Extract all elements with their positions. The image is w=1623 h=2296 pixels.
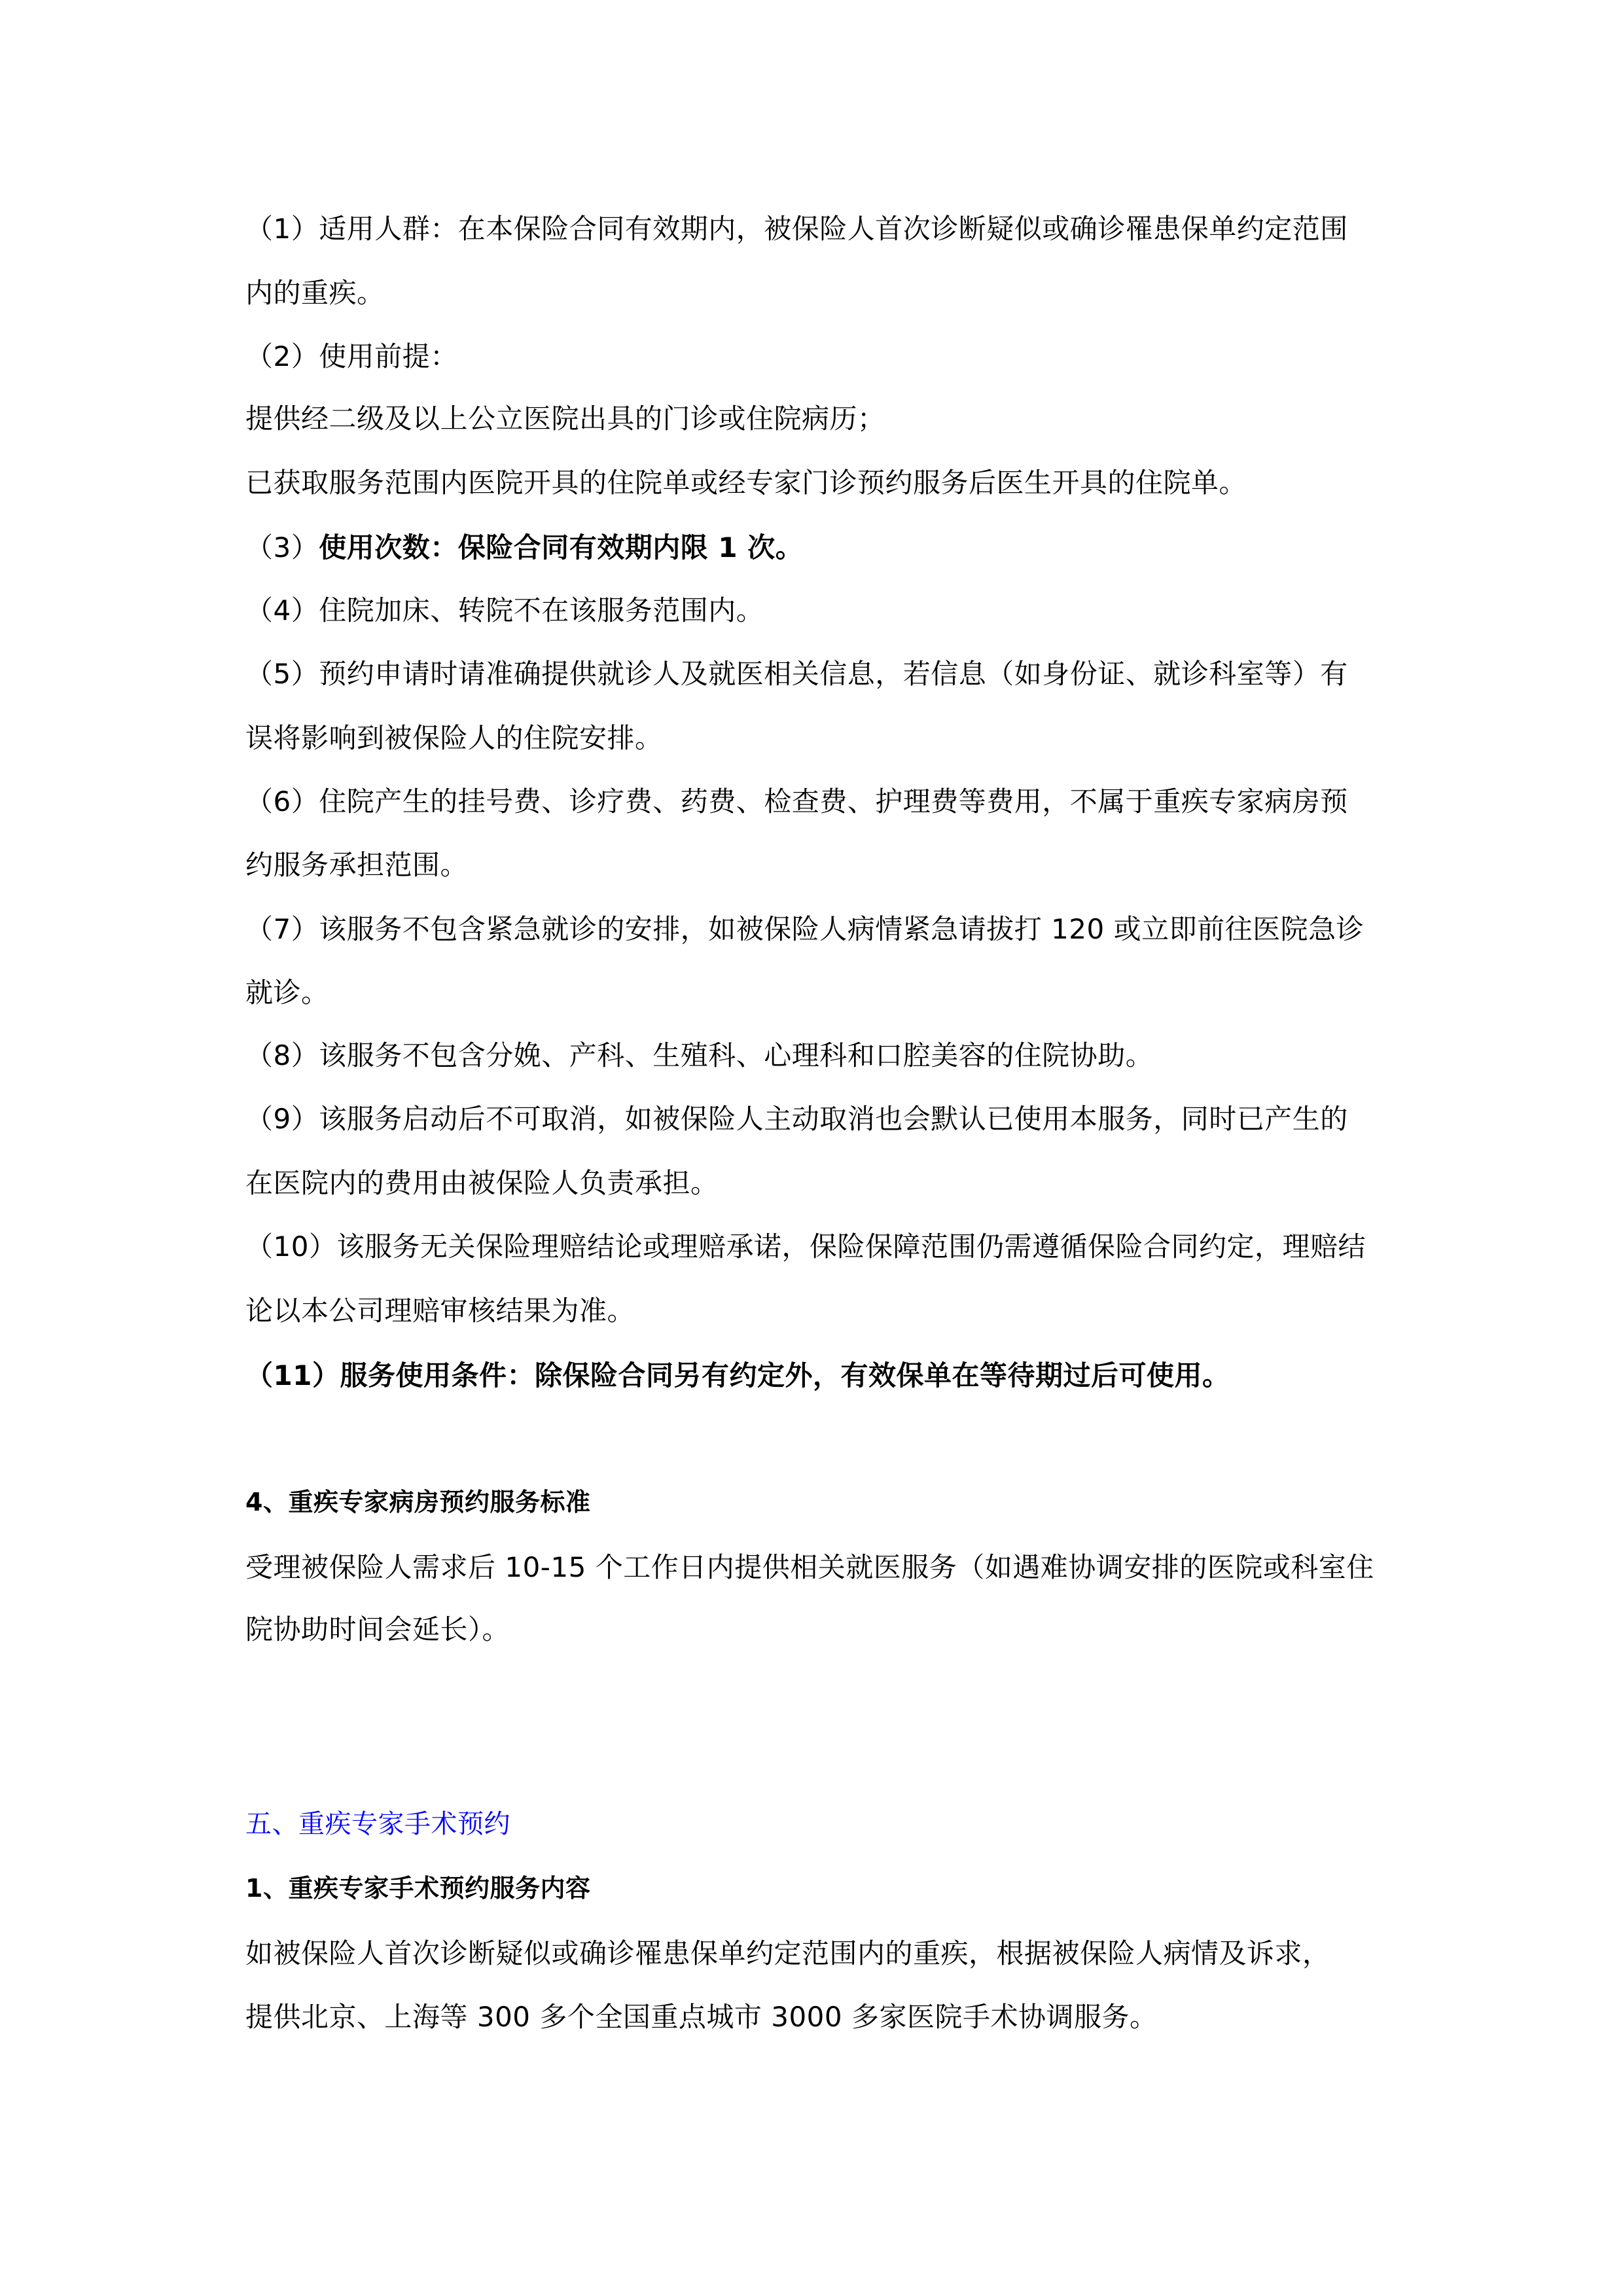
document-page: （1）适用人群：在本保险合同有效期内，被保险人首次诊断疑似或确诊罹患保单约定范围… bbox=[0, 0, 1623, 2296]
item-10-line-1: （10）该服务无关保险理赔结论或理赔承诺，保险保障范围仍需遵循保险合同约定，理赔… bbox=[245, 1227, 1397, 1266]
item-3-bold-text: 使用次数：保险合同有效期内限 1 次。 bbox=[319, 531, 803, 564]
standard-line-2: 院协助时间会延长）。 bbox=[245, 1610, 1397, 1649]
item-11-line-1: （11）服务使用条件：除保险合同另有约定外，有效保单在等待期过后可使用。 bbox=[245, 1356, 1397, 1395]
item-10-line-2: 论以本公司理赔审核结果为准。 bbox=[245, 1291, 1397, 1331]
section-5-heading: 五、重疾专家手术预约 bbox=[245, 1804, 1397, 1844]
item-8-line-1: （8）该服务不包含分娩、产科、生殖科、心理科和口腔美容的住院协助。 bbox=[245, 1036, 1397, 1075]
item-5-line-1: （5）预约申请时请准确提供就诊人及就医相关信息，若信息（如身份证、就诊科室等）有 bbox=[245, 655, 1397, 694]
item-1-line-1: （1）适用人群：在本保险合同有效期内，被保险人首次诊断疑似或确诊罹患保单约定范围 bbox=[245, 209, 1397, 249]
item-2-line-2: 提供经二级及以上公立医院出具的门诊或住院病历； bbox=[245, 399, 1397, 439]
item-9-line-2: 在医院内的费用由被保险人负责承担。 bbox=[245, 1164, 1397, 1203]
item-7-line-1: （7）该服务不包含紧急就诊的安排，如被保险人病情紧急请拔打 120 或立即前往医… bbox=[245, 910, 1397, 949]
item-2-line-3: 已获取服务范围内医院开具的住院单或经专家门诊预约服务后医生开具的住院单。 bbox=[245, 463, 1397, 503]
item-7-line-2: 就诊。 bbox=[245, 973, 1397, 1013]
item-5-line-2: 误将影响到被保险人的住院安排。 bbox=[245, 719, 1397, 758]
item-6-line-2: 约服务承担范围。 bbox=[245, 846, 1397, 885]
item-6-line-1: （6）住院产生的挂号费、诊疗费、药费、检查费、护理费等费用，不属于重疾专家病房预 bbox=[245, 782, 1397, 821]
item-3-line-1: （3）使用次数：保险合同有效期内限 1 次。 bbox=[245, 528, 1397, 567]
item-1-line-2: 内的重疾。 bbox=[245, 274, 1397, 313]
section-5-line-2: 提供北京、上海等 300 多个全国重点城市 3000 多家医院手术协调服务。 bbox=[245, 1998, 1397, 2037]
item-3-prefix: （3） bbox=[245, 531, 319, 564]
item-4-line-1: （4）住院加床、转院不在该服务范围内。 bbox=[245, 591, 1397, 630]
item-9-line-1: （9）该服务启动后不可取消，如被保险人主动取消也会默认已使用本服务，同时已产生的 bbox=[245, 1100, 1397, 1139]
standard-heading: 4、重疾专家病房预约服务标准 bbox=[245, 1482, 1397, 1522]
standard-line-1: 受理被保险人需求后 10-15 个工作日内提供相关就医服务（如遇难协调安排的医院… bbox=[245, 1548, 1397, 1587]
section-5-subheading-1: 1、重疾专家手术预约服务内容 bbox=[245, 1869, 1397, 1908]
section-5-line-1: 如被保险人首次诊断疑似或确诊罹患保单约定范围内的重疾，根据被保险人病情及诉求， bbox=[245, 1934, 1397, 1973]
item-2-line-1: （2）使用前提： bbox=[245, 337, 1397, 376]
